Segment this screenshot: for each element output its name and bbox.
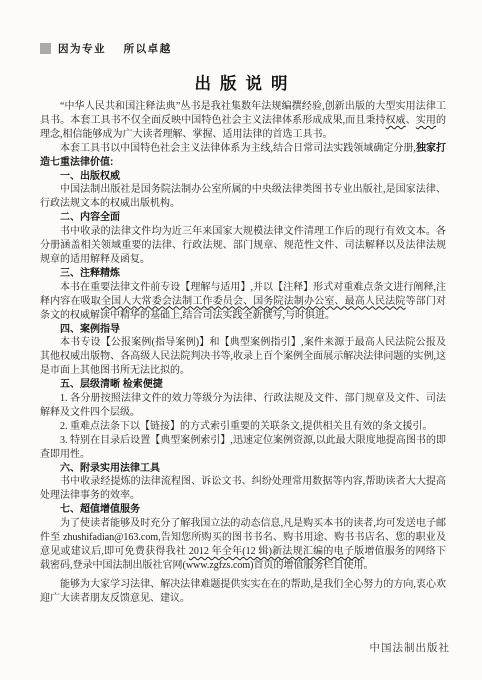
text-run: 一、出版权威 bbox=[60, 171, 120, 182]
paragraph: 能够为大家学习法律、解决法律难题提供实实在在的帮助,是我们全心努力的方向,衷心欢… bbox=[40, 578, 446, 606]
text-run: 二、内容全面 bbox=[60, 212, 120, 223]
emphasized-text: 实用 bbox=[416, 115, 436, 126]
brand-slogan: 因为专业 所以卓越 bbox=[58, 41, 172, 56]
text-run: 能够为大家学习法律、解决法律难题提供实实在在的帮助,是我们全心努力的方向,衷心欢… bbox=[40, 579, 446, 604]
text-run: 三、注释精炼 bbox=[60, 268, 120, 279]
emphasized-text: 2012 年全年(12 辑)新法规汇编的电子版 bbox=[189, 546, 365, 557]
text-run: 五、层级清晰 检索便捷 bbox=[60, 379, 163, 390]
section-heading: 六、附录实用法律工具 bbox=[40, 462, 446, 476]
section-heading: 二、内容全面 bbox=[40, 211, 446, 225]
paragraph: 本书专设【公报案例(指导案例)】和【典型案例指引】,案件来源于最高人民法院公报及… bbox=[40, 336, 446, 378]
text-run: 本书专设【公报案例(指导案例)】和【典型案例指引】,案件来源于最高人民法院公报及… bbox=[40, 337, 446, 376]
section-heading: 一、出版权威 bbox=[40, 170, 446, 184]
paragraph: “中华人民共和国注释法典”丛书是我社集数年法规编撰经验,创新出版的大型实用法律工… bbox=[40, 100, 446, 142]
paragraph: 本书在重要法律文件前专设【理解与适用】,并以【注释】形式对重难点条文进行阐释,注… bbox=[40, 281, 446, 323]
paragraph: 本套工具书以中国特色社会主义法律体系为主线,结合日常司法实践领域确定分册,独家打… bbox=[40, 142, 446, 170]
text-run: 书中收录的法律文件均为近三年来国家大规模法律文件清理工作后的现行有效文本。各分册… bbox=[40, 226, 446, 265]
brand-square-icon bbox=[40, 43, 51, 54]
text-run: 七、超值增值服务 bbox=[60, 504, 140, 515]
document-body: “中华人民共和国注释法典”丛书是我社集数年法规编撰经验,创新出版的大型实用法律工… bbox=[40, 100, 446, 606]
page-title: 出版说明 bbox=[0, 70, 482, 94]
emphasized-text: 权威 bbox=[386, 115, 406, 126]
book-page: 因为专业 所以卓越 出版说明 “中华人民共和国注释法典”丛书是我社集数年法规编撰… bbox=[0, 0, 482, 680]
paragraph: 3. 特别在目录后设置【典型案例索引】,迅速定位案例资源,以此最大限度地提高图书… bbox=[40, 434, 446, 462]
paragraph: 书中收录的法律文件均为近三年来国家大规模法律文件清理工作后的现行有效文本。各分册… bbox=[40, 225, 446, 267]
text-run: 中国法制出版社是国务院法制办公室所属的中央级法律类图书专业出版社,是国家法律、行… bbox=[40, 184, 446, 209]
paragraph: 为了使读者能够及时充分了解我国立法的动态信息,凡是购买本书的读者,均可发送电子邮… bbox=[40, 517, 446, 573]
section-heading: 五、层级清晰 检索便捷 bbox=[40, 378, 446, 392]
text-run: 六、附录实用法律工具 bbox=[60, 463, 160, 474]
text-run: 书中收录经提炼的法律流程图、诉讼文书、纠纷处理常用数据等内容,帮助读者大大提高处… bbox=[40, 476, 446, 501]
text-run: 1. 各分册按照法律文件的效力等级分为法律、行政法规及文件、部门规章及文件、司法… bbox=[40, 393, 446, 418]
text-run: 2. 重难点法条下以【链接】的方式索引重要的关联条文,提供相关且有效的条文援引。 bbox=[60, 421, 433, 432]
paragraph: 中国法制出版社是国务院法制办公室所属的中央级法律类图书专业出版社,是国家法律、行… bbox=[40, 183, 446, 211]
text-run: 四、案例指导 bbox=[60, 324, 120, 335]
section-heading: 四、案例指导 bbox=[40, 323, 446, 337]
emphasized-text: 全国人大常委会法制工作委员会、国务院法制办公室、最高人民法院 bbox=[101, 296, 406, 307]
text-run: 本套工具书以中国特色社会主义法律体系为主线,结合日常司法实践领域确定分册, bbox=[60, 143, 416, 154]
paragraph: 1. 各分册按照法律文件的效力等级分为法律、行政法规及文件、部门规章及文件、司法… bbox=[40, 392, 446, 420]
section-heading: 七、超值增值服务 bbox=[40, 503, 446, 517]
paragraph: 书中收录经提炼的法律流程图、诉讼文书、纠纷处理常用数据等内容,帮助读者大大提高处… bbox=[40, 475, 446, 503]
paragraph: 2. 重难点法条下以【链接】的方式索引重要的关联条文,提供相关且有效的条文援引。 bbox=[40, 420, 446, 434]
brand-header: 因为专业 所以卓越 bbox=[40, 41, 172, 56]
text-run: 3. 特别在目录后设置【典型案例索引】,迅速定位案例资源,以此最大限度地提高图书… bbox=[40, 435, 446, 460]
text-run: 、 bbox=[406, 115, 416, 126]
section-heading: 三、注释精炼 bbox=[40, 267, 446, 281]
publisher-signature: 中国法制出版社 bbox=[370, 640, 451, 655]
